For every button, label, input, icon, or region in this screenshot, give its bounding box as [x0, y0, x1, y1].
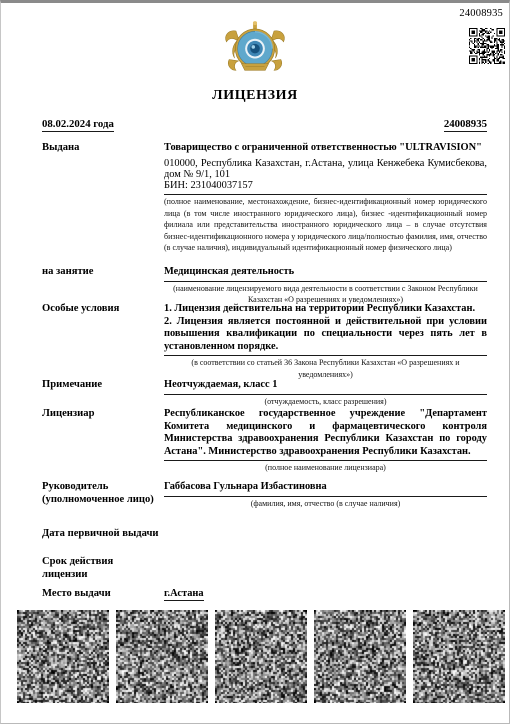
- section-issue-place: Место выдачи г.Астана: [42, 588, 487, 601]
- noise-stamp-icon: [413, 610, 505, 703]
- section-first-issue-date: Дата первичной выдачи: [42, 528, 487, 541]
- field-caption-licensor: (полное наименование лицензиара): [164, 462, 487, 474]
- section-activity: на занятие Медицинская деятельность (наи…: [42, 266, 487, 306]
- noise-stamp-icon: [116, 610, 208, 703]
- section-licensor: Лицензиар Республиканское государственно…: [42, 408, 487, 474]
- head-name: Габбасова Гульнара Избастиновна: [164, 481, 487, 497]
- licensee-address: 010000, Республика Казахстан, г.Астана, …: [164, 158, 487, 181]
- section-head: Руководитель (уполномоченное лицо) Габба…: [42, 481, 487, 509]
- field-caption-issued: (полное наименование, местонахождение, б…: [164, 196, 487, 254]
- meta-row: 08.02.2024 года 24008935: [42, 118, 487, 132]
- license-number: 24008935: [444, 118, 487, 132]
- licensee-bin: БИН: 231040037157: [164, 180, 487, 192]
- stamp-row: [17, 610, 505, 703]
- activity-value: Медицинская деятельность: [164, 266, 487, 282]
- field-label-note: Примечание: [42, 379, 164, 392]
- special-conditions-value: 1. Лицензия действительна на территории …: [164, 303, 487, 356]
- section-special-conditions: Особые условия 1. Лицензия действительна…: [42, 303, 487, 380]
- section-note: Примечание Неотчуждаемая, класс 1 (отчуж…: [42, 379, 487, 407]
- field-label-issue-place: Место выдачи: [42, 588, 164, 601]
- section-issued: Выдана Товарищество с ограниченной ответ…: [42, 142, 487, 254]
- issue-place-value: г.Астана: [164, 588, 204, 601]
- field-label-licensor: Лицензиар: [42, 408, 164, 421]
- document-number-top: 24008935: [459, 8, 503, 19]
- field-caption-special-conditions: (в соответствии со статьей 36 Закона Рес…: [164, 357, 487, 380]
- field-caption-head: (фамилия, имя, отчество (в случае наличи…: [164, 498, 487, 510]
- field-label-special-conditions: Особые условия: [42, 303, 164, 316]
- noise-stamp-icon: [314, 610, 406, 703]
- noise-stamp-icon: [17, 610, 109, 703]
- qr-code-icon: [469, 28, 505, 64]
- section-validity: Срок действия лицензии: [42, 556, 487, 581]
- page-title: ЛИЦЕНЗИЯ: [1, 88, 509, 104]
- kazakhstan-emblem-icon: [221, 20, 289, 80]
- issue-date: 08.02.2024 года: [42, 118, 114, 132]
- field-label-validity: Срок действия лицензии: [42, 556, 164, 581]
- field-caption-note: (отчуждаемость, класс разрешения): [164, 396, 487, 408]
- field-label-issued: Выдана: [42, 142, 164, 155]
- note-value: Неотчуждаемая, класс 1: [164, 379, 487, 395]
- license-document: 24008935 ЛИЦЕНЗИЯ 08.02.2024 года 240089…: [0, 0, 510, 724]
- noise-stamp-icon: [215, 610, 307, 703]
- field-label-activity: на занятие: [42, 266, 164, 279]
- licensor-value: Республиканское государственное учрежден…: [164, 408, 487, 461]
- field-label-head: Руководитель (уполномоченное лицо): [42, 481, 164, 506]
- licensee-name: Товарищество с ограниченной ответственно…: [164, 142, 487, 155]
- field-label-first-issue-date: Дата первичной выдачи: [42, 528, 164, 541]
